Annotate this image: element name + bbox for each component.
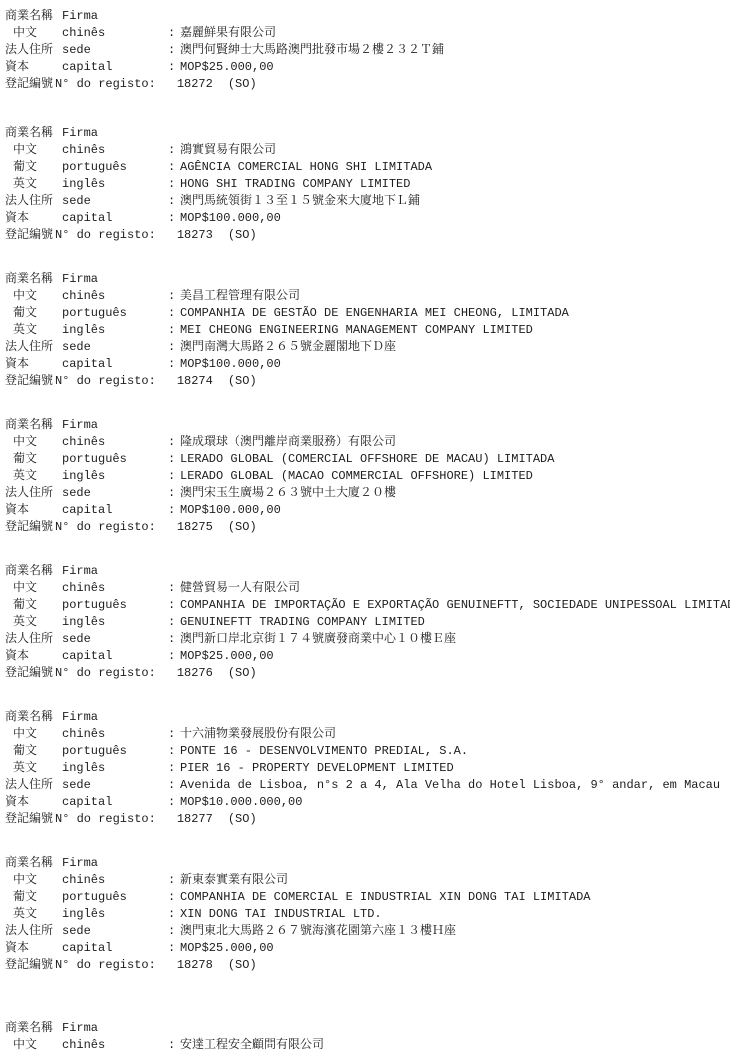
registration-suffix: (SO) xyxy=(228,957,257,974)
label-firma-zh: 商業名稱 xyxy=(5,125,62,142)
record-row-firma: 商業名稱 Firma xyxy=(5,1020,726,1037)
label-capital-pt: capital xyxy=(62,648,168,665)
record-row-name-chinese: 中文 chinês : 安達工程安全顧問有限公司 xyxy=(5,1037,726,1054)
label-firma-pt: Firma xyxy=(62,1020,168,1037)
label-sede-pt: sede xyxy=(62,923,168,940)
capital-amount: MOP$25.000,00 xyxy=(180,940,726,957)
label-registo-zh: 登記編號 xyxy=(5,227,55,244)
label-sede-zh: 法人住所 xyxy=(5,923,62,940)
label-registo-zh: 登記編號 xyxy=(5,811,55,828)
label-portuguese-pt: português xyxy=(62,743,168,760)
colon-separator: : xyxy=(168,339,180,356)
colon-separator: : xyxy=(168,940,180,957)
label-capital-zh: 資本 xyxy=(5,356,62,373)
record-row-registo: 登記編號 N° do registo: 18272 (SO) xyxy=(5,76,726,93)
label-sede-zh: 法人住所 xyxy=(5,777,62,794)
record-row-registo: 登記編號 N° do registo: 18276 (SO) xyxy=(5,665,726,682)
label-sede-pt: sede xyxy=(62,631,168,648)
registered-address: 澳門新口岸北京街１７４號廣發商業中心１０樓Ｅ座 xyxy=(180,631,726,648)
label-english-pt: inglês xyxy=(62,760,168,777)
company-name-chinese: 鴻實貿易有限公司 xyxy=(180,142,726,159)
label-portuguese-zh: 葡文 xyxy=(5,889,62,906)
label-chinese-pt: chinês xyxy=(62,288,168,305)
label-portuguese-pt: português xyxy=(62,889,168,906)
label-english-zh: 英文 xyxy=(5,468,62,485)
label-registo-pt: N° do registo: xyxy=(55,665,156,682)
colon-separator: : xyxy=(168,906,180,923)
company-name-chinese: 健營貿易一人有限公司 xyxy=(180,580,726,597)
company-name-chinese: 隆成環球（澳門離岸商業服務）有限公司 xyxy=(180,434,726,451)
label-registo-pt: N° do registo: xyxy=(55,227,156,244)
label-capital-pt: capital xyxy=(62,794,168,811)
registered-address: 澳門馬統領街１３至１５號金來大廈地下Ｌ鋪 xyxy=(180,193,726,210)
record-row-sede: 法人住所 sede : 澳門馬統領街１３至１５號金來大廈地下Ｌ鋪 xyxy=(5,193,726,210)
label-chinese-pt: chinês xyxy=(62,872,168,889)
company-name-portuguese: LERADO GLOBAL (COMERCIAL OFFSHORE DE MAC… xyxy=(180,451,726,468)
label-firma-pt: Firma xyxy=(62,8,168,25)
company-record: 商業名稱 Firma 中文 chinês : 健營貿易一人有限公司 葡文 por… xyxy=(5,563,726,682)
label-registo-zh: 登記編號 xyxy=(5,373,55,390)
record-row-firma: 商業名稱 Firma xyxy=(5,563,726,580)
label-chinese-zh: 中文 xyxy=(5,25,62,42)
label-firma-pt: Firma xyxy=(62,417,168,434)
record-row-name-chinese: 中文 chinês : 嘉麗鮮果有限公司 xyxy=(5,25,726,42)
company-name-english: LERADO GLOBAL (MACAO COMMERCIAL OFFSHORE… xyxy=(180,468,726,485)
record-row-name-english: 英文 inglês : LERADO GLOBAL (MACAO COMMERC… xyxy=(5,468,726,485)
label-capital-zh: 資本 xyxy=(5,940,62,957)
record-row-name-chinese: 中文 chinês : 新東泰實業有限公司 xyxy=(5,872,726,889)
record-row-capital: 資本 capital : MOP$25.000,00 xyxy=(5,940,726,957)
label-chinese-zh: 中文 xyxy=(5,1037,62,1054)
registration-number: 18274 xyxy=(177,373,213,390)
colon-separator: : xyxy=(168,743,180,760)
label-chinese-zh: 中文 xyxy=(5,580,62,597)
record-row-sede: 法人住所 sede : 澳門新口岸北京街１７４號廣發商業中心１０樓Ｅ座 xyxy=(5,631,726,648)
label-chinese-pt: chinês xyxy=(62,726,168,743)
record-row-registo: 登記編號 N° do registo: 18274 (SO) xyxy=(5,373,726,390)
record-row-capital: 資本 capital : MOP$25.000,00 xyxy=(5,59,726,76)
label-portuguese-zh: 葡文 xyxy=(5,743,62,760)
colon-separator: : xyxy=(168,760,180,777)
label-chinese-pt: chinês xyxy=(62,580,168,597)
label-english-pt: inglês xyxy=(62,906,168,923)
record-row-name-portuguese: 葡文 português : COMPANHIA DE IMPORTAÇÃO E… xyxy=(5,597,726,614)
record-row-name-english: 英文 inglês : MEI CHEONG ENGINEERING MANAG… xyxy=(5,322,726,339)
colon-separator: : xyxy=(168,580,180,597)
registered-address: Avenida de Lisboa, n°s 2 a 4, Ala Velha … xyxy=(180,777,726,794)
label-chinese-zh: 中文 xyxy=(5,142,62,159)
record-row-sede: 法人住所 sede : 澳門宋玉生廣場２６３號中土大廈２０樓 xyxy=(5,485,726,502)
registration-suffix: (SO) xyxy=(228,811,257,828)
label-english-pt: inglês xyxy=(62,468,168,485)
record-row-firma: 商業名稱 Firma xyxy=(5,855,726,872)
colon-separator: : xyxy=(168,614,180,631)
company-name-chinese: 美昌工程管理有限公司 xyxy=(180,288,726,305)
label-sede-zh: 法人住所 xyxy=(5,339,62,356)
company-name-chinese: 新東泰實業有限公司 xyxy=(180,872,726,889)
company-name-english: HONG SHI TRADING COMPANY LIMITED xyxy=(180,176,726,193)
label-portuguese-zh: 葡文 xyxy=(5,305,62,322)
label-sede-zh: 法人住所 xyxy=(5,193,62,210)
record-row-name-chinese: 中文 chinês : 隆成環球（澳門離岸商業服務）有限公司 xyxy=(5,434,726,451)
record-row-name-chinese: 中文 chinês : 美昌工程管理有限公司 xyxy=(5,288,726,305)
record-row-name-portuguese: 葡文 português : COMPANHIA DE COMERCIAL E … xyxy=(5,889,726,906)
record-row-name-english: 英文 inglês : PIER 16 - PROPERTY DEVELOPME… xyxy=(5,760,726,777)
colon-separator: : xyxy=(168,1037,180,1054)
colon-separator: : xyxy=(168,468,180,485)
capital-amount: MOP$100.000,00 xyxy=(180,210,726,227)
label-english-zh: 英文 xyxy=(5,176,62,193)
label-firma-zh: 商業名稱 xyxy=(5,709,62,726)
company-record: 商業名稱 Firma 中文 chinês : 鴻實貿易有限公司 葡文 portu… xyxy=(5,125,726,244)
colon-separator: : xyxy=(168,42,180,59)
colon-separator: : xyxy=(168,288,180,305)
label-sede-zh: 法人住所 xyxy=(5,42,62,59)
registration-number: 18272 xyxy=(177,76,213,93)
label-english-pt: inglês xyxy=(62,176,168,193)
registered-address: 澳門南灣大馬路２６５號金麗閣地下Ｄ座 xyxy=(180,339,726,356)
colon-separator: : xyxy=(168,193,180,210)
records-list: 商業名稱 Firma 中文 chinês : 嘉麗鮮果有限公司 法人住所 sed… xyxy=(5,8,726,1054)
record-row-name-english: 英文 inglês : XIN DONG TAI INDUSTRIAL LTD. xyxy=(5,906,726,923)
label-capital-zh: 資本 xyxy=(5,648,62,665)
record-row-capital: 資本 capital : MOP$10.000.000,00 xyxy=(5,794,726,811)
label-chinese-zh: 中文 xyxy=(5,288,62,305)
label-english-zh: 英文 xyxy=(5,906,62,923)
colon-separator: : xyxy=(168,794,180,811)
registration-number: 18278 xyxy=(177,957,213,974)
label-firma-zh: 商業名稱 xyxy=(5,855,62,872)
label-registo-pt: N° do registo: xyxy=(55,957,156,974)
record-row-name-portuguese: 葡文 português : COMPANHIA DE GESTÃO DE EN… xyxy=(5,305,726,322)
label-firma-pt: Firma xyxy=(62,271,168,288)
company-name-portuguese: AGÊNCIA COMERCIAL HONG SHI LIMITADA xyxy=(180,159,726,176)
capital-amount: MOP$25.000,00 xyxy=(180,59,726,76)
colon-separator: : xyxy=(168,322,180,339)
label-sede-pt: sede xyxy=(62,485,168,502)
registered-address: 澳門宋玉生廣場２６３號中土大廈２０樓 xyxy=(180,485,726,502)
company-name-chinese: 安達工程安全顧問有限公司 xyxy=(180,1037,726,1054)
label-firma-zh: 商業名稱 xyxy=(5,1020,62,1037)
label-chinese-pt: chinês xyxy=(62,142,168,159)
record-row-name-portuguese: 葡文 português : AGÊNCIA COMERCIAL HONG SH… xyxy=(5,159,726,176)
label-chinese-pt: chinês xyxy=(62,434,168,451)
label-capital-pt: capital xyxy=(62,940,168,957)
label-registo-zh: 登記編號 xyxy=(5,76,55,93)
colon-separator: : xyxy=(168,176,180,193)
company-name-portuguese: COMPANHIA DE IMPORTAÇÃO E EXPORTAÇÃO GEN… xyxy=(180,597,730,614)
label-registo-pt: N° do registo: xyxy=(55,373,156,390)
company-record: 商業名稱 Firma 中文 chinês : 新東泰實業有限公司 葡文 port… xyxy=(5,855,726,974)
label-capital-pt: capital xyxy=(62,356,168,373)
label-sede-zh: 法人住所 xyxy=(5,485,62,502)
record-row-registo: 登記編號 N° do registo: 18275 (SO) xyxy=(5,519,726,536)
company-name-english: XIN DONG TAI INDUSTRIAL LTD. xyxy=(180,906,726,923)
label-english-zh: 英文 xyxy=(5,760,62,777)
registered-address: 澳門何賢紳士大馬路澳門批發市場２樓２３２Ｔ鋪 xyxy=(180,42,726,59)
capital-amount: MOP$100.000,00 xyxy=(180,356,726,373)
label-sede-zh: 法人住所 xyxy=(5,631,62,648)
capital-amount: MOP$10.000.000,00 xyxy=(180,794,726,811)
label-english-pt: inglês xyxy=(62,614,168,631)
label-firma-pt: Firma xyxy=(62,563,168,580)
company-name-chinese: 嘉麗鮮果有限公司 xyxy=(180,25,726,42)
record-row-firma: 商業名稱 Firma xyxy=(5,417,726,434)
company-name-english: GENUINEFTT TRADING COMPANY LIMITED xyxy=(180,614,726,631)
record-row-capital: 資本 capital : MOP$100.000,00 xyxy=(5,210,726,227)
colon-separator: : xyxy=(168,210,180,227)
label-firma-zh: 商業名稱 xyxy=(5,271,62,288)
record-row-name-english: 英文 inglês : GENUINEFTT TRADING COMPANY L… xyxy=(5,614,726,631)
label-firma-zh: 商業名稱 xyxy=(5,417,62,434)
company-record: 商業名稱 Firma 中文 chinês : 美昌工程管理有限公司 葡文 por… xyxy=(5,271,726,390)
label-capital-zh: 資本 xyxy=(5,210,62,227)
record-row-sede: 法人住所 sede : Avenida de Lisboa, n°s 2 a 4… xyxy=(5,777,726,794)
colon-separator: : xyxy=(168,597,180,614)
label-capital-pt: capital xyxy=(62,502,168,519)
colon-separator: : xyxy=(168,631,180,648)
label-firma-zh: 商業名稱 xyxy=(5,563,62,580)
colon-separator: : xyxy=(168,356,180,373)
record-row-registo: 登記編號 N° do registo: 18277 (SO) xyxy=(5,811,726,828)
label-firma-zh: 商業名稱 xyxy=(5,8,62,25)
record-row-registo: 登記編號 N° do registo: 18273 (SO) xyxy=(5,227,726,244)
label-chinese-zh: 中文 xyxy=(5,872,62,889)
label-registo-zh: 登記編號 xyxy=(5,519,55,536)
colon-separator: : xyxy=(168,25,180,42)
label-english-pt: inglês xyxy=(62,322,168,339)
colon-separator: : xyxy=(168,648,180,665)
company-name-english: PIER 16 - PROPERTY DEVELOPMENT LIMITED xyxy=(180,760,726,777)
record-row-name-portuguese: 葡文 português : LERADO GLOBAL (COMERCIAL … xyxy=(5,451,726,468)
label-chinese-zh: 中文 xyxy=(5,726,62,743)
label-portuguese-zh: 葡文 xyxy=(5,159,62,176)
registration-suffix: (SO) xyxy=(228,519,257,536)
colon-separator: : xyxy=(168,142,180,159)
company-record: 商業名稱 Firma 中文 chinês : 十六浦物業發展股份有限公司 葡文 … xyxy=(5,709,726,828)
label-registo-zh: 登記編號 xyxy=(5,665,55,682)
company-name-chinese: 十六浦物業發展股份有限公司 xyxy=(180,726,726,743)
label-registo-zh: 登記編號 xyxy=(5,957,55,974)
label-portuguese-zh: 葡文 xyxy=(5,597,62,614)
label-sede-pt: sede xyxy=(62,193,168,210)
company-name-portuguese: COMPANHIA DE COMERCIAL E INDUSTRIAL XIN … xyxy=(180,889,726,906)
label-capital-zh: 資本 xyxy=(5,794,62,811)
registered-address: 澳門東北大馬路２６７號海濱花園第六座１３樓Ｈ座 xyxy=(180,923,726,940)
company-record: 商業名稱 Firma 中文 chinês : 嘉麗鮮果有限公司 法人住所 sed… xyxy=(5,8,726,93)
company-name-english: MEI CHEONG ENGINEERING MANAGEMENT COMPAN… xyxy=(180,322,726,339)
registration-number: 18276 xyxy=(177,665,213,682)
label-portuguese-pt: português xyxy=(62,305,168,322)
label-registo-pt: N° do registo: xyxy=(55,519,156,536)
label-chinese-pt: chinês xyxy=(62,1037,168,1054)
company-name-portuguese: COMPANHIA DE GESTÃO DE ENGENHARIA MEI CH… xyxy=(180,305,726,322)
record-row-sede: 法人住所 sede : 澳門東北大馬路２６７號海濱花園第六座１３樓Ｈ座 xyxy=(5,923,726,940)
label-sede-pt: sede xyxy=(62,42,168,59)
record-row-firma: 商業名稱 Firma xyxy=(5,8,726,25)
colon-separator: : xyxy=(168,923,180,940)
registration-number: 18273 xyxy=(177,227,213,244)
record-row-capital: 資本 capital : MOP$100.000,00 xyxy=(5,502,726,519)
registration-number: 18275 xyxy=(177,519,213,536)
label-sede-pt: sede xyxy=(62,339,168,356)
label-portuguese-pt: português xyxy=(62,597,168,614)
capital-amount: MOP$100.000,00 xyxy=(180,502,726,519)
gazette-registry-page: 商業名稱 Firma 中文 chinês : 嘉麗鮮果有限公司 法人住所 sed… xyxy=(0,0,730,1056)
colon-separator: : xyxy=(168,451,180,468)
label-registo-pt: N° do registo: xyxy=(55,76,156,93)
colon-separator: : xyxy=(168,726,180,743)
record-row-capital: 資本 capital : MOP$100.000,00 xyxy=(5,356,726,373)
colon-separator: : xyxy=(168,434,180,451)
record-row-firma: 商業名稱 Firma xyxy=(5,125,726,142)
label-portuguese-pt: português xyxy=(62,451,168,468)
label-english-zh: 英文 xyxy=(5,322,62,339)
record-row-name-chinese: 中文 chinês : 健營貿易一人有限公司 xyxy=(5,580,726,597)
label-portuguese-zh: 葡文 xyxy=(5,451,62,468)
company-record: 商業名稱 Firma 中文 chinês : 隆成環球（澳門離岸商業服務）有限公… xyxy=(5,417,726,536)
registration-number: 18277 xyxy=(177,811,213,828)
record-row-registo: 登記編號 N° do registo: 18278 (SO) xyxy=(5,957,726,974)
colon-separator: : xyxy=(168,502,180,519)
registration-suffix: (SO) xyxy=(228,665,257,682)
colon-separator: : xyxy=(168,872,180,889)
record-row-firma: 商業名稱 Firma xyxy=(5,709,726,726)
label-capital-zh: 資本 xyxy=(5,502,62,519)
colon-separator: : xyxy=(168,889,180,906)
record-row-name-chinese: 中文 chinês : 十六浦物業發展股份有限公司 xyxy=(5,726,726,743)
label-capital-pt: capital xyxy=(62,210,168,227)
company-name-portuguese: PONTE 16 - DESENVOLVIMENTO PREDIAL, S.A. xyxy=(180,743,726,760)
record-row-capital: 資本 capital : MOP$25.000,00 xyxy=(5,648,726,665)
record-row-firma: 商業名稱 Firma xyxy=(5,271,726,288)
capital-amount: MOP$25.000,00 xyxy=(180,648,726,665)
record-row-sede: 法人住所 sede : 澳門南灣大馬路２６５號金麗閣地下Ｄ座 xyxy=(5,339,726,356)
registration-suffix: (SO) xyxy=(228,227,257,244)
record-row-name-english: 英文 inglês : HONG SHI TRADING COMPANY LIM… xyxy=(5,176,726,193)
label-capital-pt: capital xyxy=(62,59,168,76)
record-row-name-portuguese: 葡文 português : PONTE 16 - DESENVOLVIMENT… xyxy=(5,743,726,760)
label-firma-pt: Firma xyxy=(62,125,168,142)
label-firma-pt: Firma xyxy=(62,709,168,726)
record-row-sede: 法人住所 sede : 澳門何賢紳士大馬路澳門批發市場２樓２３２Ｔ鋪 xyxy=(5,42,726,59)
record-row-name-chinese: 中文 chinês : 鴻實貿易有限公司 xyxy=(5,142,726,159)
label-portuguese-pt: português xyxy=(62,159,168,176)
label-chinese-pt: chinês xyxy=(62,25,168,42)
label-english-zh: 英文 xyxy=(5,614,62,631)
registration-suffix: (SO) xyxy=(228,76,257,93)
label-firma-pt: Firma xyxy=(62,855,168,872)
label-sede-pt: sede xyxy=(62,777,168,794)
colon-separator: : xyxy=(168,305,180,322)
company-record: 商業名稱 Firma 中文 chinês : 安達工程安全顧問有限公司 xyxy=(5,1020,726,1054)
label-chinese-zh: 中文 xyxy=(5,434,62,451)
colon-separator: : xyxy=(168,777,180,794)
label-capital-zh: 資本 xyxy=(5,59,62,76)
registration-suffix: (SO) xyxy=(228,373,257,390)
colon-separator: : xyxy=(168,485,180,502)
colon-separator: : xyxy=(168,159,180,176)
label-registo-pt: N° do registo: xyxy=(55,811,156,828)
colon-separator: : xyxy=(168,59,180,76)
